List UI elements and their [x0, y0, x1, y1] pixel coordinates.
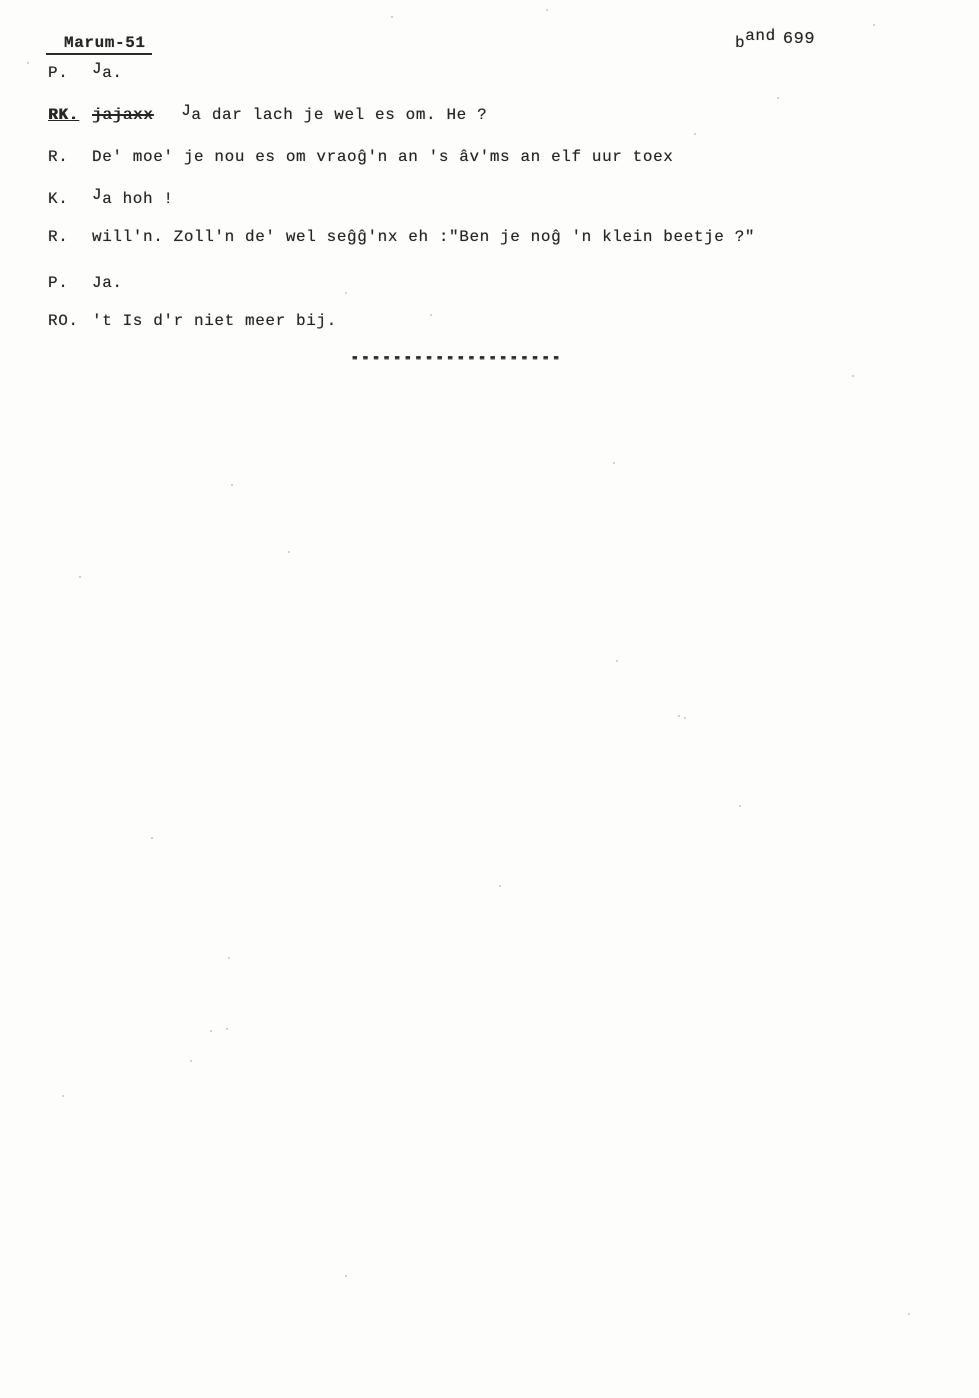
speck	[27, 62, 29, 64]
line-body: De' moe' je nou es om vraoĝ'n an 's âv'm…	[92, 148, 674, 166]
line-body: 't Is d'r niet meer bij.	[92, 312, 337, 330]
band-prefix: b	[735, 34, 745, 52]
struck-word: jajaxx	[92, 106, 153, 124]
band-number-label: band699	[735, 30, 815, 49]
speck	[777, 97, 779, 99]
speaker-label: P.	[48, 274, 92, 292]
dialogue-line: K.Ja hoh !	[48, 190, 174, 208]
line-text: Ja.	[92, 64, 123, 82]
line-body: Ja.	[92, 274, 123, 292]
speck	[151, 837, 153, 839]
dialogue-line: RO.'t Is d'r niet meer bij.	[48, 312, 337, 330]
line-body: will'n. Zoll'n de' wel seĝĝ'nx eh :"Ben …	[92, 228, 755, 246]
speck	[391, 16, 393, 18]
band-number: 699	[783, 30, 815, 49]
speck	[288, 551, 290, 553]
speck	[228, 957, 230, 959]
line-body: a.	[102, 64, 122, 82]
dialogue-line: P.Ja.	[48, 64, 123, 82]
speck	[546, 9, 548, 11]
page-title: Marum-51	[46, 34, 152, 55]
speck	[79, 576, 81, 578]
speck	[616, 660, 618, 662]
speaker-label: R.	[48, 148, 92, 166]
line-body: a dar lach je wel es om. He ?	[191, 106, 487, 124]
dialogue-line: P.Ja.	[48, 274, 123, 292]
speaker-label: RK.	[48, 106, 92, 124]
speaker-label: RO.	[48, 312, 92, 330]
band-word: and	[745, 27, 776, 45]
speck	[210, 1030, 212, 1032]
section-divider: --------------------	[350, 348, 562, 366]
speck	[62, 1095, 64, 1097]
speck	[226, 1028, 228, 1030]
dialogue-line: R.will'n. Zoll'n de' wel seĝĝ'nx eh :"Be…	[48, 228, 755, 246]
line-body: a hoh !	[102, 190, 173, 208]
speck	[345, 292, 347, 294]
speck	[613, 462, 615, 464]
dialogue-line: RK.jajaxxJa dar lach je wel es om. He ?	[48, 106, 487, 124]
speck	[908, 1313, 910, 1315]
speck	[852, 375, 854, 377]
line-text: Ja hoh !	[92, 190, 174, 208]
speaker-label: P.	[48, 64, 92, 82]
speck	[694, 133, 696, 135]
speaker-label: R.	[48, 228, 92, 246]
speck	[190, 1060, 192, 1062]
speck	[430, 314, 432, 316]
speck	[684, 717, 686, 719]
raised-letter: J	[181, 102, 191, 120]
speck	[873, 24, 875, 26]
dialogue-line: R.De' moe' je nou es om vraoĝ'n an 's âv…	[48, 148, 674, 166]
speck	[499, 885, 501, 887]
speck	[231, 484, 233, 486]
speaker-label: K.	[48, 190, 92, 208]
document-page: Marum-51 band699 P.Ja. RK.jajaxxJa dar l…	[0, 0, 979, 1398]
speck	[739, 805, 741, 807]
raised-letter: J	[92, 186, 102, 204]
raised-letter: J	[92, 60, 102, 78]
line-text: Ja dar lach je wel es om. He ?	[181, 106, 487, 124]
speck	[345, 1275, 347, 1277]
speck	[678, 715, 680, 717]
